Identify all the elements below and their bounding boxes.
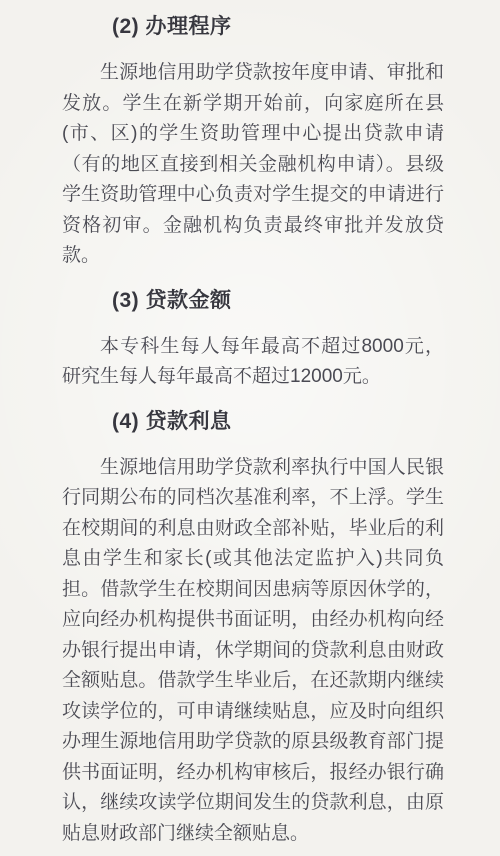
document-content: (2) 办理程序 生源地信用助学贷款按年度申请、审批和发放。学生在新学期开始前，…	[0, 0, 500, 849]
section-heading-loan-interest: (4) 贷款利息	[62, 409, 444, 435]
paragraph-procedure: 生源地信用助学贷款按年度申请、审批和发放。学生在新学期开始前，向家庭所在县(市、…	[62, 58, 444, 272]
section-heading-procedure: (2) 办理程序	[62, 14, 444, 40]
document-page: (2) 办理程序 生源地信用助学贷款按年度申请、审批和发放。学生在新学期开始前，…	[0, 0, 500, 856]
section-application-procedure: (2) 办理程序 生源地信用助学贷款按年度申请、审批和发放。学生在新学期开始前，…	[62, 14, 444, 272]
section-heading-loan-amount: (3) 贷款金额	[62, 288, 444, 314]
paragraph-loan-interest: 生源地信用助学贷款利率执行中国人民银行同期公布的同档次基准利率，不上浮。学生在校…	[62, 453, 444, 850]
section-loan-interest: (4) 贷款利息 生源地信用助学贷款利率执行中国人民银行同期公布的同档次基准利率…	[62, 409, 444, 850]
paragraph-loan-amount: 本专科生每人每年最高不超过8000元，研究生每人每年最高不超过12000元。	[62, 332, 444, 393]
section-loan-amount: (3) 贷款金额 本专科生每人每年最高不超过8000元，研究生每人每年最高不超过…	[62, 288, 444, 393]
